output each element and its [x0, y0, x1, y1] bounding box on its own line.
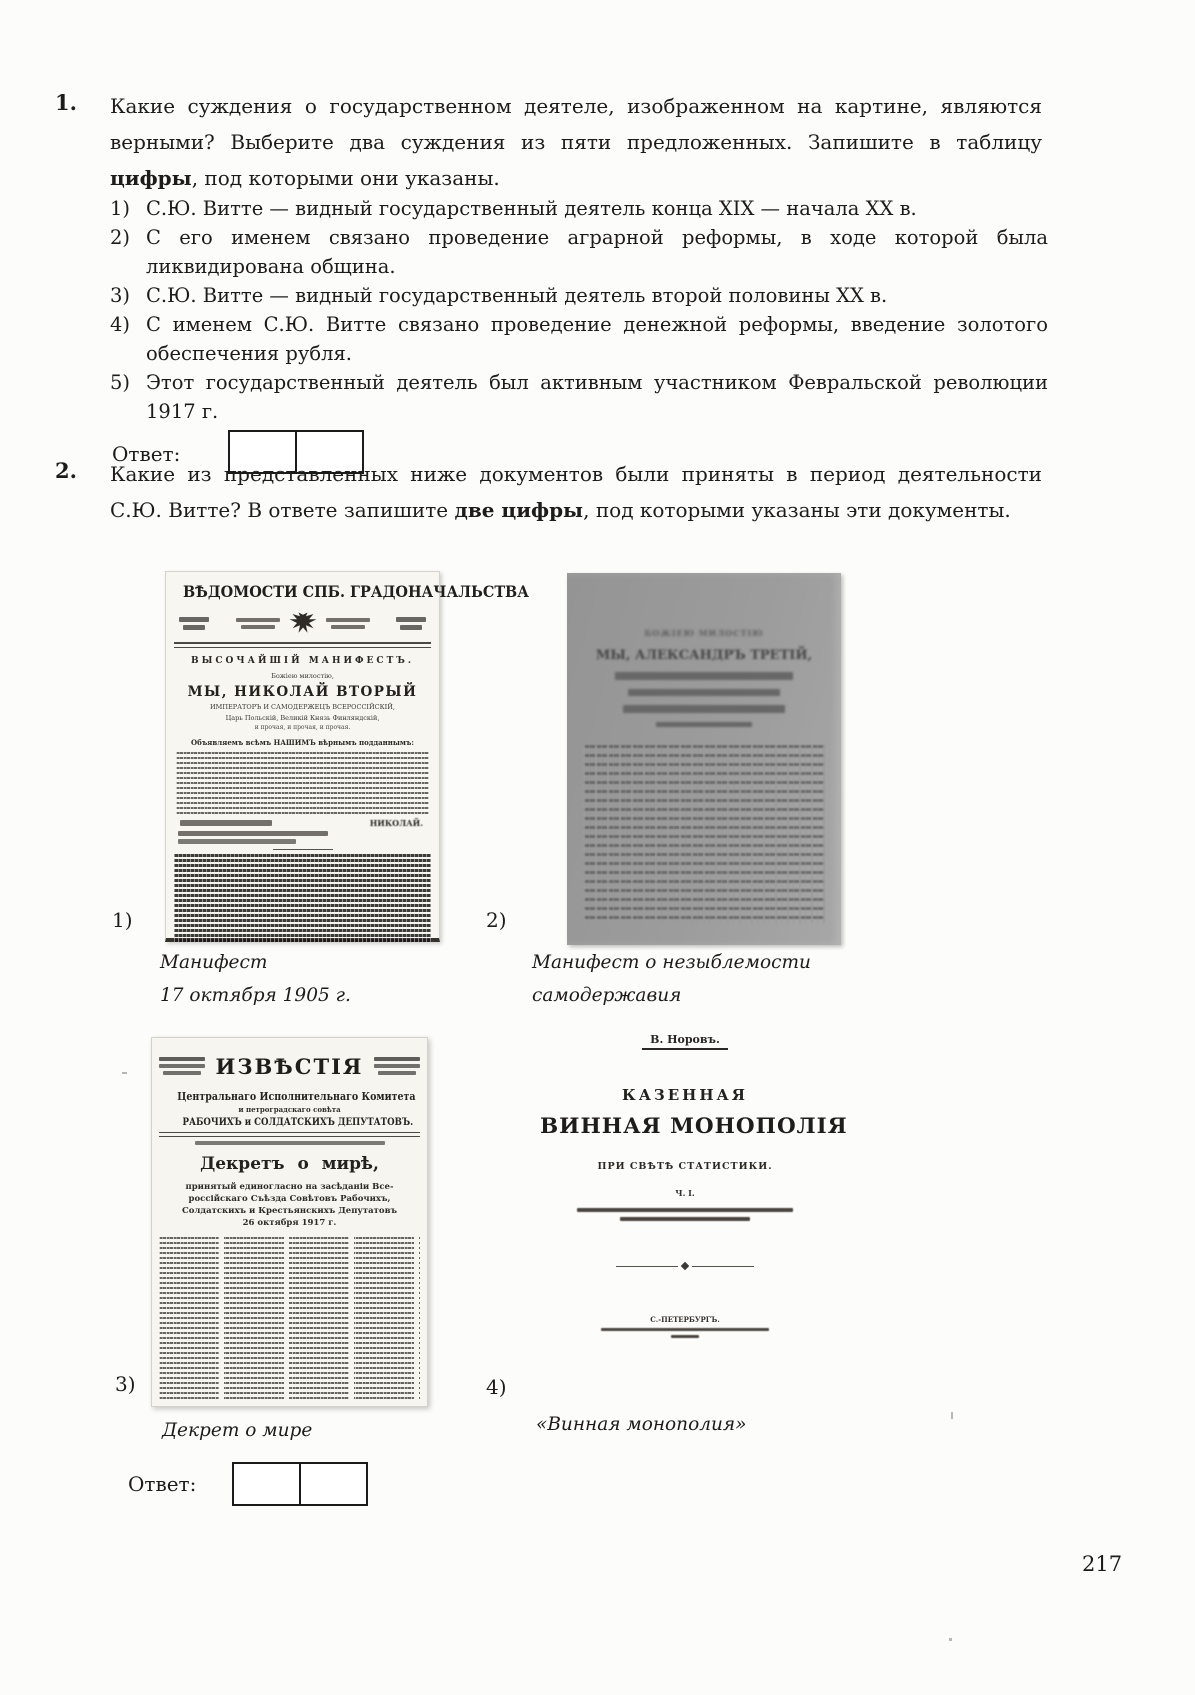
ornament-diamond [681, 1262, 689, 1270]
text-bar [159, 1064, 205, 1068]
doc1-rule [174, 642, 431, 648]
doc4-title-line1: КАЗЕННАЯ [540, 1086, 830, 1104]
doc2-tsar-name: МЫ, АЛЕКСАНДРЪ ТРЕТІЙ, [581, 648, 827, 663]
q1-option-1: 1) С.Ю. Витте — видный государственный д… [110, 194, 1048, 223]
doc1-tsar-name: МЫ, НИКОЛАЙ ВТОРЫЙ [174, 684, 431, 700]
ornament-line [616, 1266, 678, 1267]
figure-4-caption-line1: «Винная монополия» [536, 1408, 746, 1441]
doc1-signature-row: НИКОЛАЙ. [180, 818, 423, 828]
doc1-grace-line: Божіею милостію, [174, 672, 431, 680]
doc3-headline: Декретъ о мирѣ, [159, 1154, 420, 1174]
text-bar [623, 705, 785, 713]
doc3-subheadline-line2: россійскаго Съѣзда Совѣтовъ Рабочихъ, [159, 1193, 420, 1205]
text-bar [163, 1071, 201, 1075]
doc1-body-text-lines [176, 752, 429, 814]
text-bar [178, 831, 328, 836]
doc4-subtitle: ПРИ СВѢТѢ СТАТИСТИКИ. [540, 1161, 830, 1172]
text-bar [374, 1064, 420, 1068]
q2-prompt-bold: две цифры [455, 498, 584, 522]
text-bar [615, 672, 793, 680]
doc1-date-eagle-row [212, 611, 393, 635]
text-bar [159, 1057, 205, 1061]
doc3-subheadline-line1: принятый единогласно на засѣданіи Все- [159, 1181, 420, 1193]
q1-option-5-text: Этот государственный деятель был активны… [146, 368, 1048, 426]
doc1-date-left [236, 618, 280, 629]
text-bar [326, 618, 370, 622]
text-bar [183, 625, 205, 630]
text-bar [178, 839, 296, 844]
ornament-line [692, 1266, 754, 1267]
doc1-masthead: ВѢДОМОСТИ СПБ. ГРАДОНАЧАЛЬСТВА [183, 582, 422, 601]
doc4-author: В. Норовъ. [642, 1033, 728, 1050]
q1-prompt: Какие суждения о государственном деятеле… [110, 88, 1042, 196]
doc3-header-row: ИЗВѢСТІЯ [159, 1046, 420, 1086]
text-bar [378, 1071, 416, 1075]
text-bar [331, 625, 365, 629]
doc3-subheadline-line4: 26 октября 1917 г. [159, 1217, 420, 1229]
doc3-subheadline-line3: Солдатскихъ и Крестьянскихъ Депутатовъ [159, 1205, 420, 1217]
figure-4-label: 4) [486, 1375, 507, 1399]
doc1-issue-right [393, 617, 429, 630]
document-image-1-manifesto-1905: ВѢДОМОСТИ СПБ. ГРАДОНАЧАЛЬСТВА [165, 571, 440, 942]
doc4-ornament-divider [540, 1263, 830, 1269]
text-bar [179, 617, 209, 622]
figure-2-caption-line1: Манифест о незыблемости [532, 946, 811, 979]
q1-option-3-text: С.Ю. Витте — видный государственный деят… [146, 281, 1048, 310]
figure-2-caption: Манифест о незыблемости самодержавия [532, 946, 811, 1012]
text-bar [671, 1335, 699, 1338]
q1-option-4: 4) С именем С.Ю. Витте связано проведени… [110, 310, 1048, 368]
scan-speck [951, 1412, 953, 1419]
page-number: 217 [1082, 1552, 1122, 1576]
doc3-issue-left [159, 1057, 205, 1075]
doc3-masthead: ИЗВѢСТІЯ [216, 1054, 364, 1079]
doc4-imprint-city: С.-ПЕТЕРБУРГЪ. [540, 1315, 830, 1324]
text-bar [400, 625, 422, 630]
doc2-grace-line: БОЖІЕЮ МИЛОСТІЮ [581, 628, 827, 638]
text-bar [628, 689, 780, 696]
q1-option-3: 3) С.Ю. Витте — видный государственный д… [110, 281, 1048, 310]
doc4-title-line2: ВИННАЯ МОНОПОЛІЯ [540, 1114, 830, 1139]
text-bar [195, 1141, 385, 1145]
text-bar [180, 820, 272, 826]
q2-answer-box [232, 1462, 368, 1506]
doc1-manifesto-title: ВЫСОЧАЙШІЙ МАНИФЕСТЪ. [174, 656, 431, 666]
q1-number: 1. [55, 90, 77, 115]
doc1-declaration-line: Объявляемъ всѣмъ НАШИМЪ вѣрнымъ подданны… [174, 738, 431, 747]
q1-option-5-number: 5) [110, 368, 146, 426]
q1-prompt-before: Какие суждения о государственном деятеле… [110, 94, 1042, 154]
doc1-header-row [176, 606, 429, 640]
figure-1-caption-line1: Манифест [160, 946, 351, 979]
doc3-subtitle-1: Центральнаго Исполнительнаго Комитета [177, 1090, 401, 1103]
figure-1-caption: Манифест 17 октября 1905 г. [160, 946, 351, 1012]
text-bar [656, 722, 752, 727]
figure-2-caption-line2: самодержавия [532, 979, 811, 1012]
q2-prompt: Какие из представленных ниже документов … [110, 456, 1042, 528]
scan-speck [949, 1638, 952, 1641]
doc1-tsar-subtitle-2: Царь Польскій, Великій Князь Финляндскій… [174, 714, 431, 722]
scan-speck [122, 1072, 127, 1074]
imperial-eagle-icon [288, 611, 318, 635]
doc1-divider [273, 849, 333, 850]
text-bar [577, 1208, 793, 1212]
doc1-tsar-subtitle-1: ИМПЕРАТОРЪ И САМОДЕРЖЕЦЪ ВСЕРОССІЙСКІЙ, [174, 703, 431, 711]
doc4-part-number: Ч. I. [540, 1188, 830, 1198]
q1-option-2: 2) С его именем связано проведение аграр… [110, 223, 1048, 281]
figure-1-caption-line2: 17 октября 1905 г. [160, 979, 351, 1012]
q1-option-1-text: С.Ю. Витте — видный государственный деят… [146, 194, 1048, 223]
text-bar [241, 625, 275, 629]
q2-number: 2. [55, 458, 77, 483]
doc1-issue-left [176, 617, 212, 630]
doc2-body-text-lines [583, 745, 825, 923]
doc1-tsar-subtitle-3: и прочая, и прочая, и прочая. [174, 724, 431, 731]
figure-4-caption: «Винная монополия» [536, 1408, 746, 1441]
doc1-date-right [326, 618, 370, 629]
figure-3-label: 3) [115, 1372, 136, 1396]
q2-answer-label: Ответ: [128, 1472, 196, 1496]
text-bar [620, 1217, 750, 1221]
q1-options-list: 1) С.Ю. Витте — видный государственный д… [110, 194, 1048, 426]
q2-prompt-after: , под которыми указаны эти документы. [583, 498, 1011, 522]
doc3-subheadline: принятый единогласно на засѣданіи Все- р… [159, 1181, 420, 1229]
text-bar [601, 1328, 769, 1331]
text-bar [374, 1057, 420, 1061]
doc1-bottom-text-block [174, 854, 431, 942]
document-image-3-decree-on-peace: ИЗВѢСТІЯ Центральнаго Исполнительнаго Ко… [151, 1037, 428, 1407]
document-image-2-manifesto-autocracy: БОЖІЕЮ МИЛОСТІЮ МЫ, АЛЕКСАНДРЪ ТРЕТІЙ, [567, 573, 841, 945]
q1-option-3-number: 3) [110, 281, 146, 310]
doc3-subtitle-3: РАБОЧИХЪ и СОЛДАТСКИХЪ ДЕПУТАТОВЪ. [182, 1116, 396, 1128]
q1-prompt-after: , под которыми они указаны. [192, 166, 500, 190]
text-bar [236, 618, 280, 622]
q1-prompt-bold: цифры [110, 166, 192, 190]
doc3-rule [159, 1132, 420, 1137]
q2-answer-cell-1[interactable] [234, 1464, 299, 1504]
figure-3-caption-line1: Декрет о мире [162, 1414, 312, 1447]
doc1-signature: НИКОЛАЙ. [370, 818, 423, 828]
q1-option-5: 5) Этот государственный деятель был акти… [110, 368, 1048, 426]
document-image-4-vinnaya-monopoliya: В. Норовъ. КАЗЕННАЯ ВИННАЯ МОНОПОЛІЯ ПРИ… [540, 1028, 830, 1410]
figure-3-caption: Декрет о мире [162, 1414, 312, 1447]
q1-option-4-number: 4) [110, 310, 146, 368]
q1-option-2-number: 2) [110, 223, 146, 281]
q1-option-1-number: 1) [110, 194, 146, 223]
q1-option-2-text: С его именем связано проведение аграрной… [146, 223, 1048, 281]
doc3-issue-right [374, 1057, 420, 1075]
text-bar [396, 617, 426, 622]
q1-option-4-text: С именем С.Ю. Витте связано проведение д… [146, 310, 1048, 368]
q2-answer-cell-2[interactable] [299, 1464, 366, 1504]
doc3-subtitle-2: и петроградскаго совѣта [159, 1105, 420, 1114]
figure-2-label: 2) [486, 908, 507, 932]
figure-1-label: 1) [112, 908, 133, 932]
doc3-body-text-columns [159, 1237, 420, 1399]
